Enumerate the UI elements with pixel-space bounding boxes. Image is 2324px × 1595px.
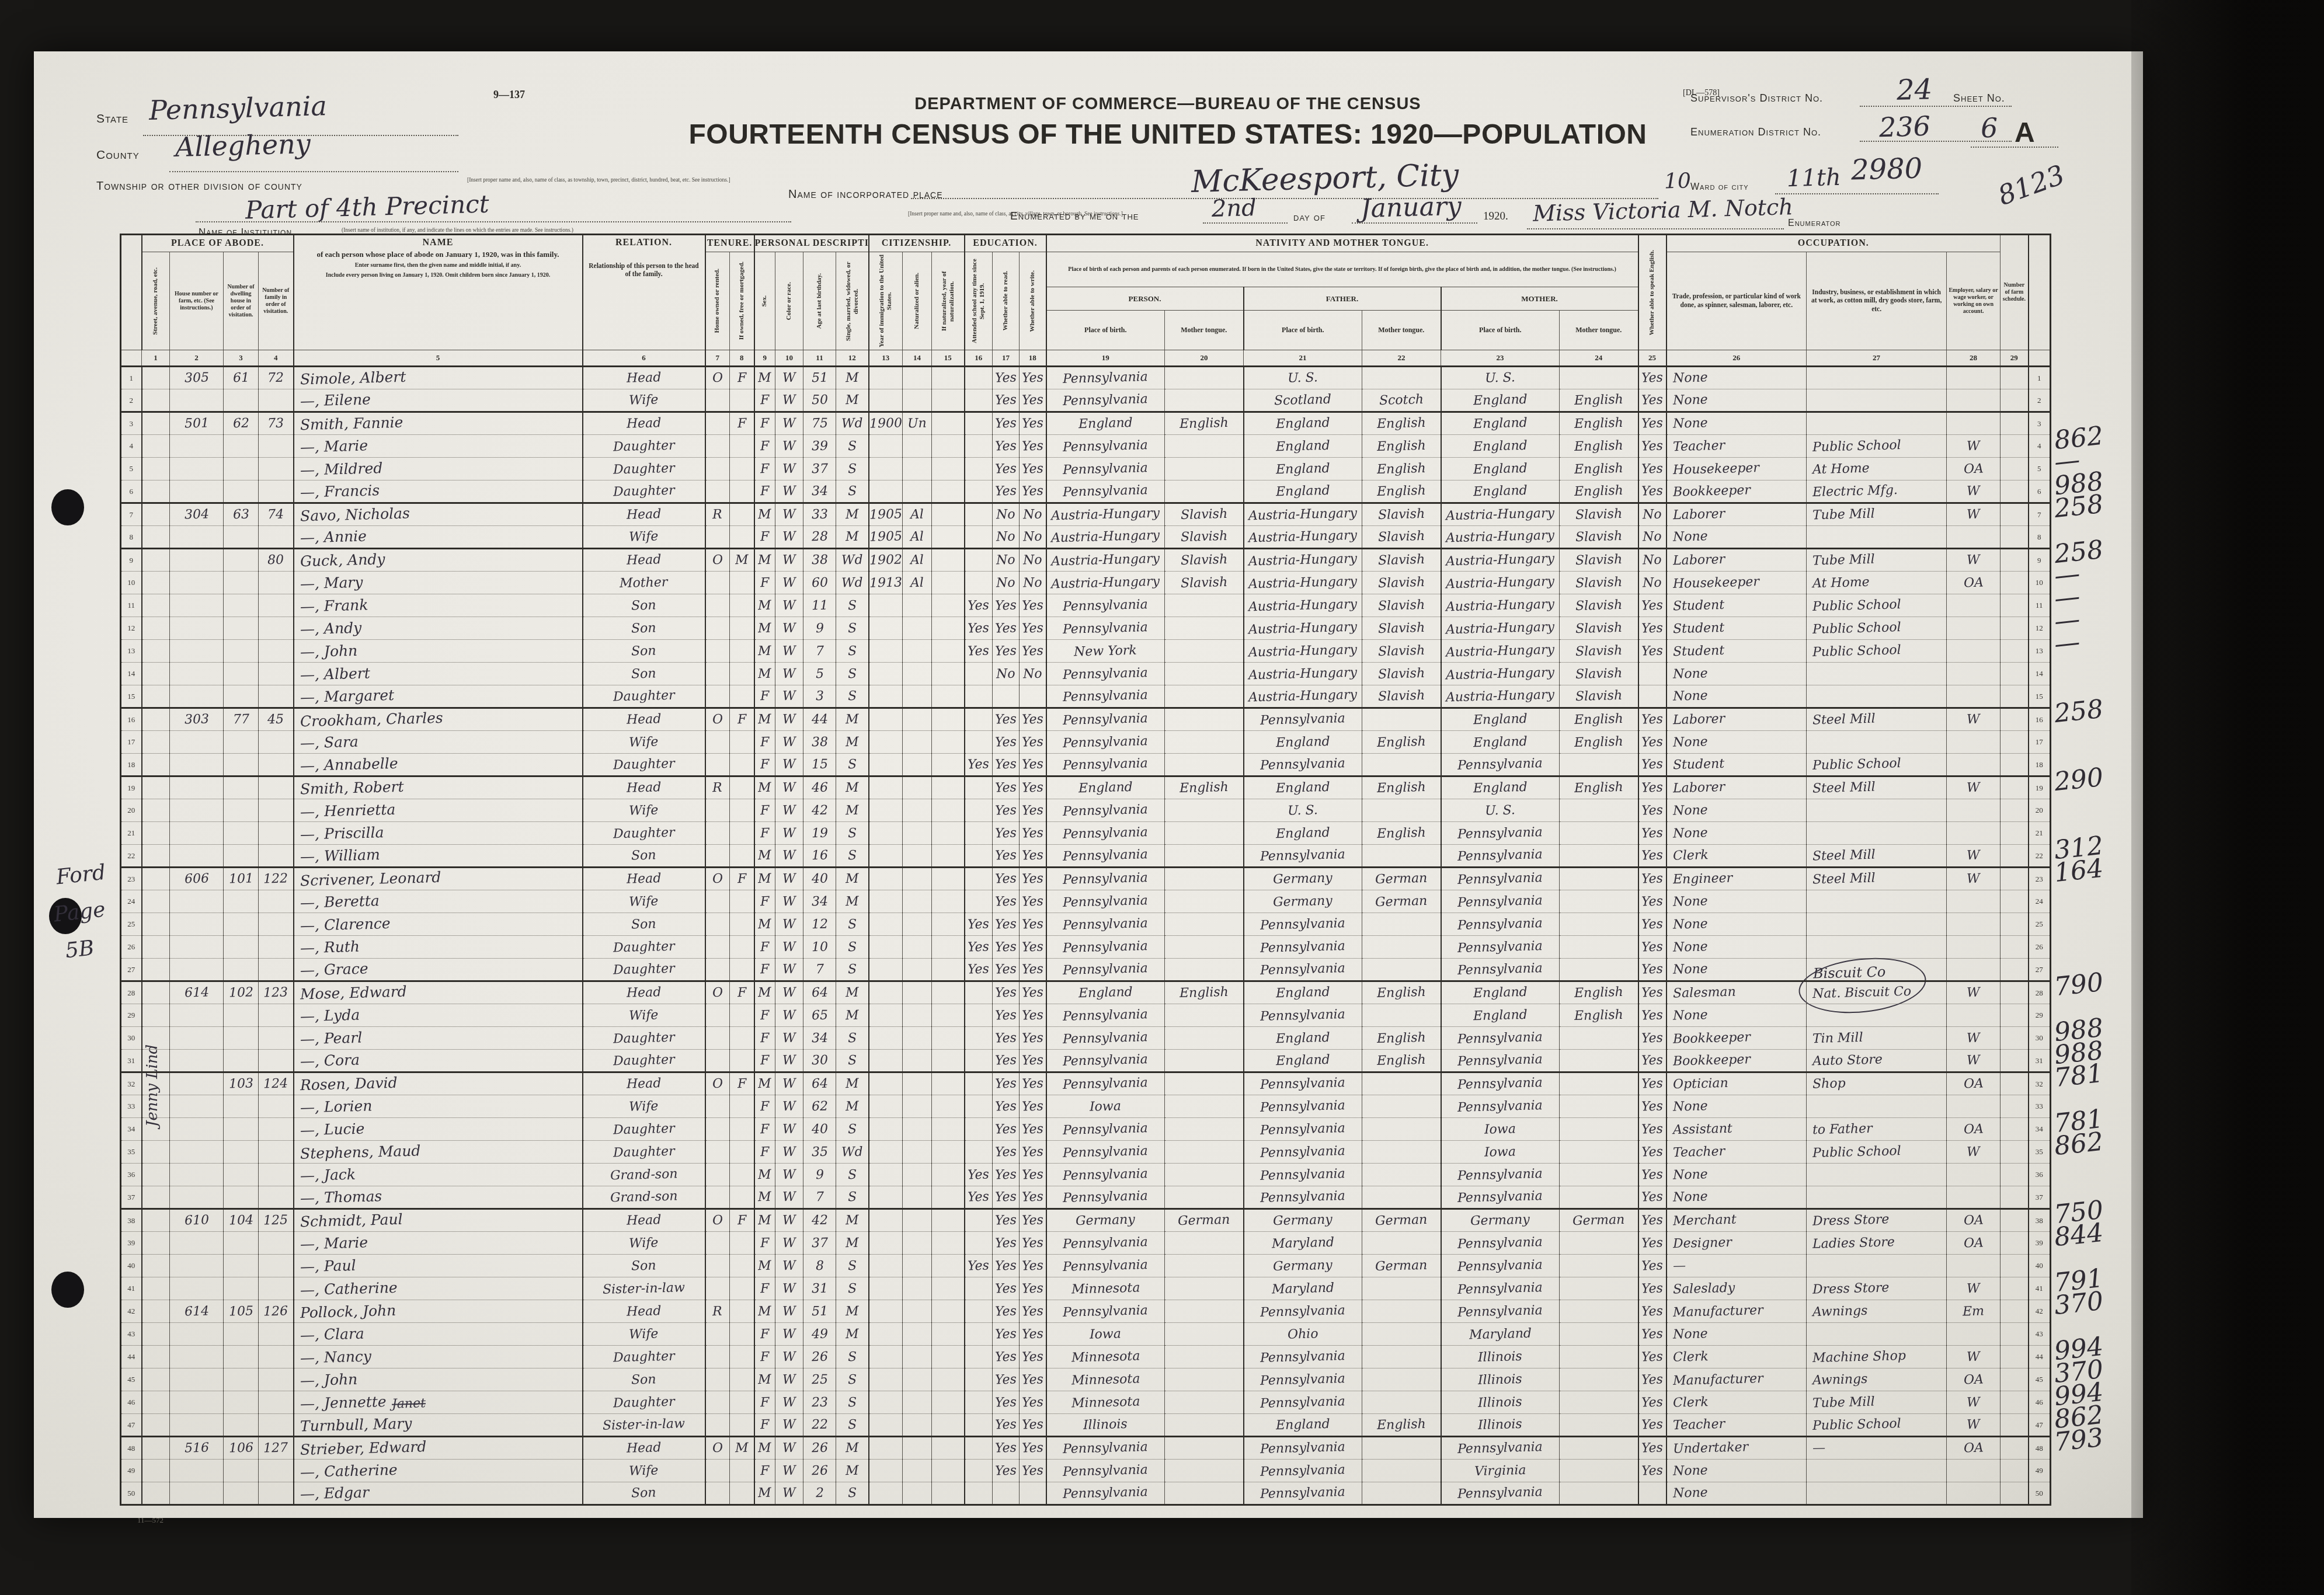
cell-sx: M <box>754 367 775 389</box>
cell-cr: W <box>775 981 803 1004</box>
cell-sc <box>965 1118 993 1141</box>
occupation-code-number: 862 <box>2053 1127 2105 1161</box>
cell-p3: Pennsylvania <box>1441 1437 1560 1460</box>
cell-sx: F <box>754 1141 775 1164</box>
cell-rl: Head <box>583 981 705 1004</box>
cell-im <box>869 1164 903 1186</box>
cell-ms: M <box>836 1209 869 1232</box>
cell-sc <box>965 663 993 685</box>
cell-ms: Wd <box>836 549 869 572</box>
state-label: State <box>96 112 128 126</box>
cell-cr: W <box>775 1095 803 1118</box>
cell-q2: English <box>1362 458 1441 480</box>
cell-rl: Daughter <box>583 1391 705 1414</box>
cell-n: 30 <box>121 1027 142 1050</box>
cell-wr: Yes <box>1020 480 1046 503</box>
cell-nm: —, Catherine <box>294 1277 583 1300</box>
cell-ind: Shop <box>1807 1072 1947 1095</box>
col-age: Age at last birthday. <box>803 252 836 350</box>
cell-sc <box>965 1027 993 1050</box>
cell-ny <box>932 754 965 776</box>
cell-oc: Laborer <box>1667 776 1807 799</box>
cell-t2 <box>730 389 754 412</box>
cell-oc: Bookkeeper <box>1667 1050 1807 1072</box>
cell-im <box>869 913 903 936</box>
cell-st <box>142 1050 170 1072</box>
person-row: 32103124Rosen, DavidHeadOFMW64MYesYesPen… <box>121 1072 2051 1095</box>
cell-ag: 7 <box>803 1186 836 1209</box>
cell-nm: —, Edgar <box>294 1482 583 1505</box>
cell-n2: 8 <box>2029 526 2051 549</box>
cell-p1: Pennsylvania <box>1046 480 1165 503</box>
cell-oc: Bookkeeper <box>1667 1027 1807 1050</box>
cell-p3: Pennsylvania <box>1441 868 1560 890</box>
cell-q2 <box>1362 1482 1441 1505</box>
cell-em: W <box>1947 708 2001 731</box>
cell-ag: 3 <box>803 685 836 708</box>
person-row: 37—, ThomasGrand-sonMW7SYesYesYesPennsyl… <box>121 1186 2051 1209</box>
cell-n: 40 <box>121 1255 142 1277</box>
cell-p2: Germany <box>1244 890 1362 913</box>
cell-p1: Pennsylvania <box>1046 1186 1165 1209</box>
cell-t1 <box>705 389 730 412</box>
cell-sx: F <box>754 799 775 822</box>
cell-q3 <box>1560 959 1638 981</box>
cell-em: W <box>1947 1414 2001 1437</box>
cell-sx: M <box>754 1300 775 1323</box>
cell-em: W <box>1947 1050 2001 1072</box>
cell-n: 3 <box>121 412 142 435</box>
cell-n2: 3 <box>2029 412 2051 435</box>
col-free-mortgaged: If owned, free or mortgaged. <box>730 252 754 350</box>
cell-ind <box>1807 1323 1947 1346</box>
cell-rl: Head <box>583 1300 705 1323</box>
cell-t2 <box>730 890 754 913</box>
cell-f <box>259 1004 294 1027</box>
cell-rd: Yes <box>993 1050 1020 1072</box>
cell-oc: Saleslady <box>1667 1277 1807 1300</box>
cell-n2: 38 <box>2029 1209 2051 1232</box>
cell-sc <box>965 868 993 890</box>
sheet-letter: A <box>2015 117 2035 149</box>
cell-ag: 38 <box>803 549 836 572</box>
cell-p1: Germany <box>1046 1209 1165 1232</box>
cell-rd: Yes <box>993 708 1020 731</box>
cell-en: Yes <box>1638 890 1667 913</box>
cell-p2: England <box>1244 412 1362 435</box>
cell-em: W <box>1947 1141 2001 1164</box>
cell-t1 <box>705 1141 730 1164</box>
cell-cr: W <box>775 617 803 640</box>
person-row: 15—, MargaretDaughterFW3SPennsylvaniaAus… <box>121 685 2051 708</box>
cell-wr: Yes <box>1020 1300 1046 1323</box>
cell-fs <box>2001 594 2029 617</box>
cell-fs <box>2001 1164 2029 1186</box>
cell-fs <box>2001 981 2029 1004</box>
cell-ny <box>932 685 965 708</box>
cell-t2 <box>730 458 754 480</box>
group-education: EDUCATION. <box>965 235 1046 252</box>
cell-n2: 27 <box>2029 959 2051 981</box>
cell-q3: English <box>1560 480 1638 503</box>
cell-oc: None <box>1667 890 1807 913</box>
cell-ny <box>932 1437 965 1460</box>
cell-ms: S <box>836 1050 869 1072</box>
cell-n2: 31 <box>2029 1050 2051 1072</box>
cell-h <box>170 389 224 412</box>
cell-rl: Wife <box>583 1232 705 1255</box>
cell-sc <box>965 1437 993 1460</box>
cell-q1: English <box>1165 776 1244 799</box>
occupation-code-number: 164 <box>2053 854 2105 888</box>
cell-oc: None <box>1667 685 1807 708</box>
cell-q2: English <box>1362 731 1441 754</box>
cell-h <box>170 1482 224 1505</box>
enumeration-district-label: Enumeration District No. <box>1690 126 1821 138</box>
cell-oc: Manufacturer <box>1667 1300 1807 1323</box>
cell-rl: Head <box>583 1209 705 1232</box>
cell-wr <box>1020 1482 1046 1505</box>
cell-en: Yes <box>1638 1346 1667 1368</box>
cell-ind: Steel Mill <box>1807 868 1947 890</box>
cell-sx: M <box>754 594 775 617</box>
cell-ny <box>932 389 965 412</box>
cell-n: 42 <box>121 1300 142 1323</box>
cell-ag: 64 <box>803 981 836 1004</box>
cell-sc <box>965 572 993 594</box>
cell-t1: R <box>705 1300 730 1323</box>
cell-sc: Yes <box>965 640 993 663</box>
cell-ny <box>932 1323 965 1346</box>
person-pob: Place of birth. <box>1046 311 1165 350</box>
cell-d: 63 <box>224 503 259 526</box>
cell-ind <box>1807 367 1947 389</box>
cell-ind: Dress Store <box>1807 1277 1947 1300</box>
cell-ms: M <box>836 526 869 549</box>
sheet-label: Sheet No. <box>1953 92 2005 105</box>
cell-ms: S <box>836 1255 869 1277</box>
cell-cr: W <box>775 594 803 617</box>
cell-ag: 2 <box>803 1482 836 1505</box>
cell-rl: Daughter <box>583 480 705 503</box>
cell-q3: German <box>1560 1209 1638 1232</box>
cell-ind <box>1807 822 1947 845</box>
cell-q2 <box>1362 1460 1441 1482</box>
cell-t1: O <box>705 708 730 731</box>
col-marital: Single, married, widowed, or divorced. <box>836 252 869 350</box>
cell-na: Al <box>903 549 932 572</box>
cell-im <box>869 1255 903 1277</box>
cell-rl: Daughter <box>583 936 705 959</box>
cell-h <box>170 799 224 822</box>
cell-ms: M <box>836 708 869 731</box>
cell-im: 1905 <box>869 503 903 526</box>
cell-p3: Illinois <box>1441 1414 1560 1437</box>
cell-p1: Pennsylvania <box>1046 822 1165 845</box>
cell-sc <box>965 458 993 480</box>
cell-t2: M <box>730 1437 754 1460</box>
cell-t2 <box>730 1164 754 1186</box>
cell-st <box>142 663 170 685</box>
cell-st <box>142 913 170 936</box>
cell-ny <box>932 1072 965 1095</box>
occupation-code-number: 793 <box>2053 1423 2105 1457</box>
column-number: 11 <box>803 350 836 367</box>
cell-q3 <box>1560 1141 1638 1164</box>
cell-q1 <box>1165 1300 1244 1323</box>
cell-n2: 6 <box>2029 480 2051 503</box>
cell-f <box>259 845 294 868</box>
cell-p3: Pennsylvania <box>1441 936 1560 959</box>
person-row: 42614105126Pollock, JohnHeadRMW51MYesYes… <box>121 1300 2051 1323</box>
state-value: Pennsylvania <box>148 90 327 126</box>
cell-em <box>1947 526 2001 549</box>
cell-t1 <box>705 890 730 913</box>
cell-rl: Daughter <box>583 435 705 458</box>
cell-p3: England <box>1441 1004 1560 1027</box>
cell-p2: Maryland <box>1244 1232 1362 1255</box>
cell-ind <box>1807 1255 1947 1277</box>
cell-ny <box>932 572 965 594</box>
cell-f <box>259 1346 294 1368</box>
cell-ind: Nat. Biscuit Co <box>1807 981 1947 1004</box>
cell-im <box>869 1141 903 1164</box>
cell-st <box>142 1027 170 1050</box>
cell-na <box>903 1027 932 1050</box>
cell-im <box>869 458 903 480</box>
cell-ag: 30 <box>803 1050 836 1072</box>
cell-p2: Pennsylvania <box>1244 936 1362 959</box>
cell-cr: W <box>775 572 803 594</box>
cell-em <box>1947 1095 2001 1118</box>
cell-sx: M <box>754 1255 775 1277</box>
cell-f: 127 <box>259 1437 294 1460</box>
cell-q2 <box>1362 1437 1441 1460</box>
township-line <box>196 221 791 222</box>
cell-q1 <box>1165 640 1244 663</box>
cell-em <box>1947 959 2001 981</box>
cell-ms: M <box>836 389 869 412</box>
person-row: 11—, FrankSonMW11SYesYesYesPennsylvaniaA… <box>121 594 2051 617</box>
cell-t2 <box>730 526 754 549</box>
cell-q2: Slavish <box>1362 640 1441 663</box>
cell-en <box>1638 685 1667 708</box>
county-value: Allegheny <box>175 128 311 163</box>
cell-ms: S <box>836 1482 869 1505</box>
cell-rl: Head <box>583 776 705 799</box>
cell-cr: W <box>775 1460 803 1482</box>
cell-p2: Pennsylvania <box>1244 959 1362 981</box>
cell-nm: —, Clarence <box>294 913 583 936</box>
cell-im <box>869 822 903 845</box>
person-row: 19Smith, RobertHeadRMW46MYesYesEnglandEn… <box>121 776 2051 799</box>
cell-q2: Slavish <box>1362 572 1441 594</box>
cell-n: 49 <box>121 1460 142 1482</box>
cell-sc: Yes <box>965 1186 993 1209</box>
cell-em: OA <box>1947 1209 2001 1232</box>
cell-ny <box>932 1368 965 1391</box>
cell-em: W <box>1947 549 2001 572</box>
cell-oc: None <box>1667 1095 1807 1118</box>
cell-t2 <box>730 845 754 868</box>
cell-ind: Awnings <box>1807 1300 1947 1323</box>
cell-oc: None <box>1667 1323 1807 1346</box>
cell-cr: W <box>775 731 803 754</box>
cell-rl: Daughter <box>583 822 705 845</box>
cell-p1: Austria-Hungary <box>1046 549 1165 572</box>
cell-ag: 44 <box>803 708 836 731</box>
cell-p3: England <box>1441 435 1560 458</box>
cell-rd: Yes <box>993 1277 1020 1300</box>
cell-q1 <box>1165 890 1244 913</box>
cell-n2: 19 <box>2029 776 2051 799</box>
cell-ind: Tube Mill <box>1807 549 1947 572</box>
cell-ny <box>932 617 965 640</box>
cell-p2: Austria-Hungary <box>1244 526 1362 549</box>
cell-q2: Slavish <box>1362 685 1441 708</box>
cell-sx: F <box>754 959 775 981</box>
cell-h <box>170 1323 224 1346</box>
ward-line <box>1775 193 1939 194</box>
person-row: 18—, AnnabelleDaughterFW15SYesYesYesPenn… <box>121 754 2051 776</box>
cell-sc <box>965 1232 993 1255</box>
cell-rl: Wife <box>583 890 705 913</box>
cell-q3 <box>1560 799 1638 822</box>
cell-p2: Pennsylvania <box>1244 1164 1362 1186</box>
cell-cr: W <box>775 936 803 959</box>
cell-em <box>1947 640 2001 663</box>
cell-ny <box>932 435 965 458</box>
cell-sc <box>965 1391 993 1414</box>
cell-st <box>142 685 170 708</box>
cell-d: 104 <box>224 1209 259 1232</box>
cell-wr: Yes <box>1020 1277 1046 1300</box>
cell-f: 80 <box>259 549 294 572</box>
cell-ind: Electric Mfg. <box>1807 480 1947 503</box>
cell-en: Yes <box>1638 845 1667 868</box>
cell-ag: 37 <box>803 1232 836 1255</box>
cell-en: Yes <box>1638 1300 1667 1323</box>
cell-cr: W <box>775 458 803 480</box>
cell-rd: Yes <box>993 1072 1020 1095</box>
cell-rl: Daughter <box>583 1118 705 1141</box>
cell-ms: M <box>836 367 869 389</box>
cell-na <box>903 1141 932 1164</box>
cell-rl: Sister-in-law <box>583 1277 705 1300</box>
cell-en: Yes <box>1638 1072 1667 1095</box>
cell-cr: W <box>775 1072 803 1095</box>
cell-st <box>142 1004 170 1027</box>
cell-h <box>170 1050 224 1072</box>
cell-em: Em <box>1947 1300 2001 1323</box>
cell-na <box>903 1164 932 1186</box>
cell-f <box>259 1255 294 1277</box>
cell-st <box>142 822 170 845</box>
cell-q3: English <box>1560 389 1638 412</box>
cell-d <box>224 1391 259 1414</box>
cell-ny <box>932 367 965 389</box>
cell-q1 <box>1165 1027 1244 1050</box>
cell-st <box>142 1277 170 1300</box>
cell-d <box>224 799 259 822</box>
col-sex: Sex. <box>754 252 775 350</box>
cell-im <box>869 868 903 890</box>
cell-st <box>142 1141 170 1164</box>
cell-h <box>170 1277 224 1300</box>
cell-t1 <box>705 1027 730 1050</box>
cell-wr: Yes <box>1020 845 1046 868</box>
cell-rl: Head <box>583 503 705 526</box>
cell-ny <box>932 981 965 1004</box>
cell-st <box>142 572 170 594</box>
cell-cr: W <box>775 1391 803 1414</box>
cell-n2: 46 <box>2029 1391 2051 1414</box>
cell-em <box>1947 594 2001 617</box>
cell-n2: 47 <box>2029 1414 2051 1437</box>
cell-rd: Yes <box>993 913 1020 936</box>
cell-q1 <box>1165 1277 1244 1300</box>
cell-st <box>142 1209 170 1232</box>
cell-ms: S <box>836 936 869 959</box>
cell-q2: English <box>1362 981 1441 1004</box>
cell-p2: Pennsylvania <box>1244 1141 1362 1164</box>
cell-rd <box>993 1482 1020 1505</box>
cell-im: 1902 <box>869 549 903 572</box>
corner-right <box>2029 235 2051 350</box>
cell-ny <box>932 1095 965 1118</box>
cell-p3: Iowa <box>1441 1141 1560 1164</box>
cell-sx: M <box>754 1437 775 1460</box>
cell-f <box>259 1414 294 1437</box>
cell-fs <box>2001 913 2029 936</box>
column-number: 16 <box>965 350 993 367</box>
cell-im <box>869 594 903 617</box>
cell-q1 <box>1165 367 1244 389</box>
cell-wr: Yes <box>1020 1209 1046 1232</box>
cell-n: 19 <box>121 776 142 799</box>
cell-ind <box>1807 1186 1947 1209</box>
cell-ind: Tube Mill <box>1807 503 1947 526</box>
cell-nm: —, John <box>294 1368 583 1391</box>
cell-ag: 22 <box>803 1414 836 1437</box>
cell-p3: Pennsylvania <box>1441 1164 1560 1186</box>
cell-st <box>142 1391 170 1414</box>
cell-d: 106 <box>224 1437 259 1460</box>
cell-oc: None <box>1667 1164 1807 1186</box>
cell-nm: —, JennetteJanet <box>294 1391 583 1414</box>
cell-p1: Pennsylvania <box>1046 754 1165 776</box>
cell-t2 <box>730 1300 754 1323</box>
cell-en: Yes <box>1638 913 1667 936</box>
cell-n: 12 <box>121 617 142 640</box>
cell-wr: Yes <box>1020 776 1046 799</box>
cell-rd: Yes <box>993 1346 1020 1368</box>
cell-f <box>259 731 294 754</box>
column-number: 2 <box>170 350 224 367</box>
occupation-code-number: 781 <box>2053 1058 2105 1093</box>
cell-ind: Tube Mill <box>1807 1391 1947 1414</box>
cell-ind <box>1807 1004 1947 1027</box>
cell-sc: Yes <box>965 617 993 640</box>
cell-na <box>903 640 932 663</box>
person-tongue: Mother tongue. <box>1165 311 1244 350</box>
cell-q3 <box>1560 1346 1638 1368</box>
cell-ind: — <box>1807 1437 1947 1460</box>
cell-q2: German <box>1362 868 1441 890</box>
department-line: DEPARTMENT OF COMMERCE—BUREAU OF THE CEN… <box>672 95 1664 114</box>
cell-nm: Guck, Andy <box>294 549 583 572</box>
ward-extra-number: 2980 <box>1850 152 1923 186</box>
